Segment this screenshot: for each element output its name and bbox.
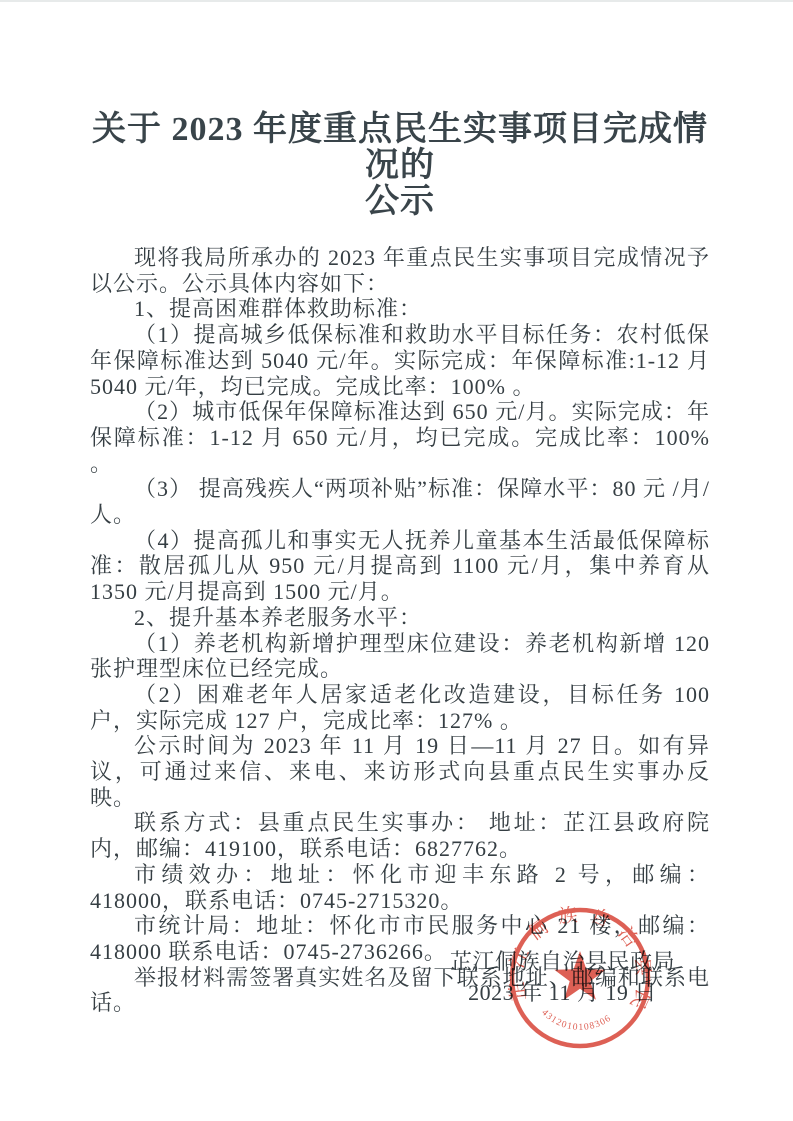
body-paragraph: 公示时间为 2023 年 11 月 19 日—11 月 27 日。如有异议，可通… [90,733,710,810]
scan-edge-line [0,0,793,2]
body-paragraph: 现将我局所承办的 2023 年重点民生实事项目完成情况予以公示。公示具体内容如下… [90,245,710,296]
seal-code-element: 4312010108306 [539,1008,613,1033]
seal-code: 4312010108306 [539,1008,613,1033]
body-paragraph: （3） 提高残疾人“两项补贴”标准：保障水平：80 元 /月/人。 [90,476,710,527]
notice-page: 关于 2023 年度重点民生实事项目完成情况的 公示 现将我局所承办的 2023… [0,0,793,1121]
body-paragraph: （1）养老机构新增护理型床位建设：养老机构新增 120 张护理型床位已经完成。 [90,631,710,682]
notice-content: 关于 2023 年度重点民生实事项目完成情况的 公示 现将我局所承办的 2023… [90,112,710,1016]
notice-body: 现将我局所承办的 2023 年重点民生实事项目完成情况予以公示。公示具体内容如下… [90,245,710,1016]
notice-title: 关于 2023 年度重点民生实事项目完成情况的 公示 [90,112,710,220]
notice-title-line1: 关于 2023 年度重点民生实事项目完成情况的 [90,112,710,184]
body-paragraph: （2）困难老年人居家适老化改造建设，目标任务 100 户，实际完成 127 户，… [90,682,710,733]
body-paragraph: （1）提高城乡低保标准和救助水平目标任务：农村低保年保障标准达到 5040 元/… [90,322,710,399]
body-paragraph: 1、提高困难群体救助标准： [90,296,710,322]
star-icon [554,951,605,1000]
body-paragraph: （4）提高孤儿和事实无人抚养儿童基本生活最低保障标准：散居孤儿从 950 元/月… [90,528,710,605]
notice-title-line2: 公示 [90,184,710,220]
body-paragraph: （2）城市低保年保障标准达到 650 元/月。实际完成：年保障标准：1-12 月… [90,399,710,476]
body-paragraph: 联系方式：县重点民生实事办： 地址：芷江县政府院内，邮编：419100，联系电话… [90,810,710,861]
official-seal: 芷江侗族自治县民政局 4312010108306 [505,903,655,1053]
body-paragraph: 2、提升基本养老服务水平： [90,605,710,631]
